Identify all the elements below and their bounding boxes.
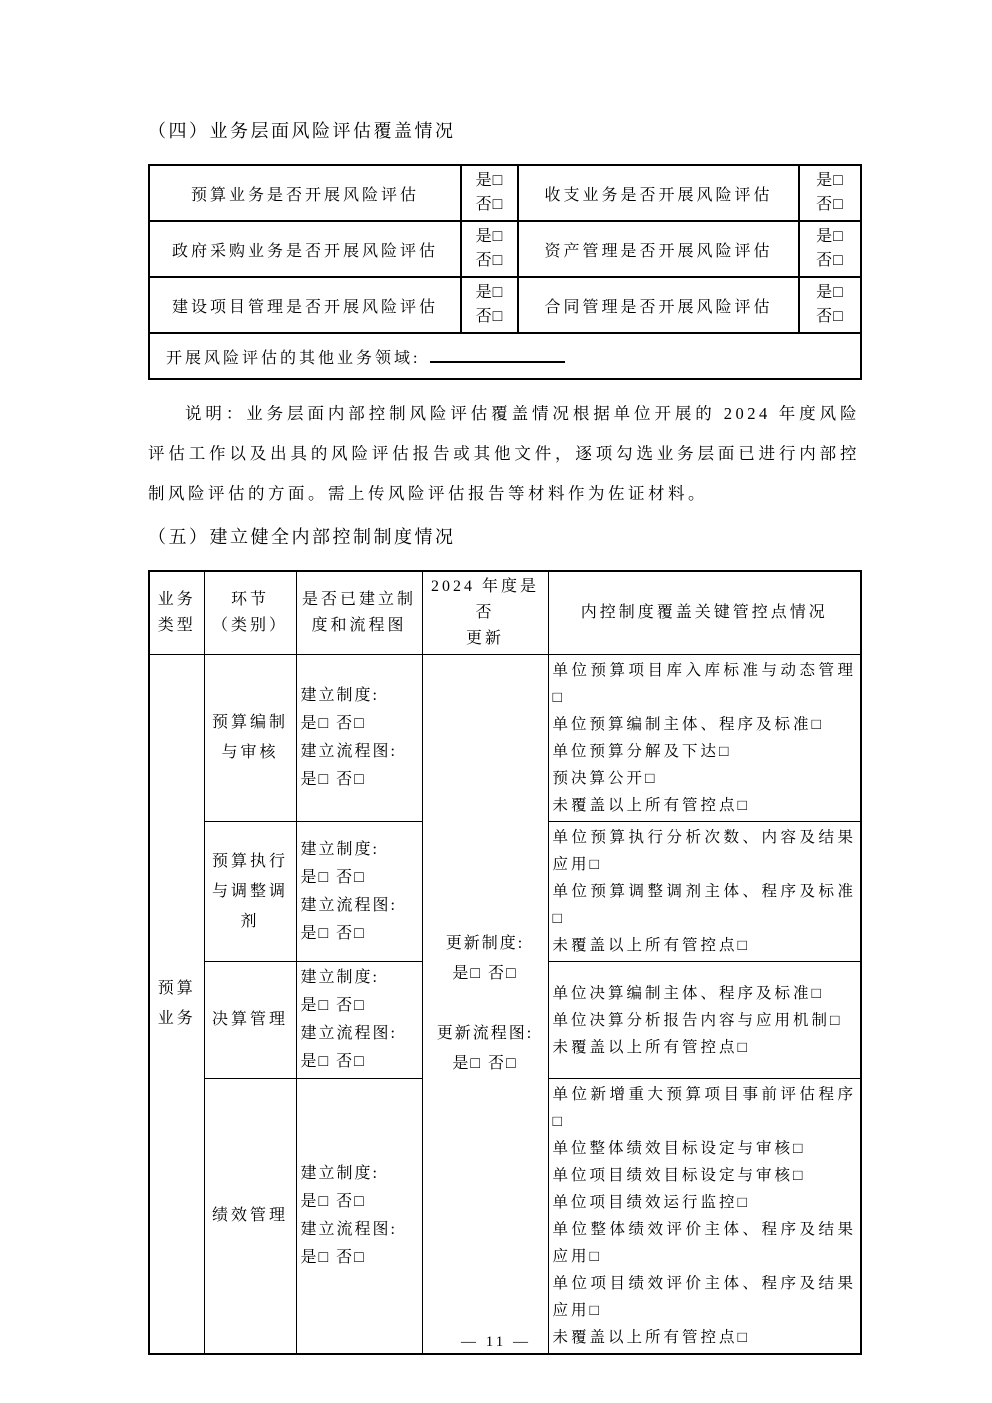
- stage-final-accounts: 决算管理: [204, 962, 296, 1079]
- other-business-fields-cell: 开展风险评估的其他业务领域:: [149, 333, 861, 379]
- system-table-header-row: 业务 类型 环节 （类别） 是否已建立制 度和流程图 2024 年度是否 更新 …: [149, 571, 861, 655]
- yes-no-checkboxes: 是□ 否□: [799, 221, 861, 277]
- question-gov-procurement: 政府采购业务是否开展风险评估: [149, 221, 461, 277]
- control-system-table: 业务 类型 环节 （类别） 是否已建立制 度和流程图 2024 年度是否 更新 …: [148, 570, 862, 1355]
- coverage-row-budget: 预算业务是否开展风险评估 是□ 否□ 收支业务是否开展风险评估 是□ 否□: [149, 165, 861, 221]
- yes-no-checkboxes: 是□ 否□: [461, 165, 518, 221]
- question-asset-management: 资产管理是否开展风险评估: [518, 221, 799, 277]
- stage-budget-preparation: 预算编制 与审核: [204, 655, 296, 822]
- yes-no-checkboxes: 是□ 否□: [461, 277, 518, 333]
- stage-budget-execution: 预算执行 与调整调 剂: [204, 822, 296, 962]
- key-points-budget-execution: 单位预算执行分析次数、内容及结果应用□ 单位预算调整调剂主体、程序及标准□ 未覆…: [548, 822, 861, 962]
- setup-checkboxes-cell: 建立制度: 是□ 否□ 建立流程图: 是□ 否□: [296, 1079, 422, 1355]
- risk-coverage-table: 预算业务是否开展风险评估 是□ 否□ 收支业务是否开展风险评估 是□ 否□ 政府…: [148, 164, 862, 380]
- yes-no-checkboxes: 是□ 否□: [799, 277, 861, 333]
- header-stage: 环节 （类别）: [204, 571, 296, 655]
- setup-checkboxes-cell: 建立制度: 是□ 否□ 建立流程图: 是□ 否□: [296, 822, 422, 962]
- header-setup: 是否已建立制 度和流程图: [296, 571, 422, 655]
- question-construction-project: 建设项目管理是否开展风险评估: [149, 277, 461, 333]
- header-update: 2024 年度是否 更新: [422, 571, 548, 655]
- key-points-final-accounts: 单位决算编制主体、程序及标准□ 单位决算分析报告内容与应用机制□ 未覆盖以上所有…: [548, 962, 861, 1079]
- coverage-row-procurement: 政府采购业务是否开展风险评估 是□ 否□ 资产管理是否开展风险评估 是□ 否□: [149, 221, 861, 277]
- coverage-row-other: 开展风险评估的其他业务领域:: [149, 333, 861, 379]
- key-points-performance: 单位新增重大预算项目事前评估程序□ 单位整体绩效目标设定与审核□ 单位项目绩效目…: [548, 1079, 861, 1355]
- section5-heading: （五）建立健全内部控制制度情况: [148, 524, 860, 550]
- coverage-row-construction: 建设项目管理是否开展风险评估 是□ 否□ 合同管理是否开展风险评估 是□ 否□: [149, 277, 861, 333]
- system-row-budget-preparation: 预算 业务 预算编制 与审核 建立制度: 是□ 否□ 建立流程图: 是□ 否□ …: [149, 655, 861, 822]
- key-points-budget-preparation: 单位预算项目库入库标准与动态管理□ 单位预算编制主体、程序及标准□ 单位预算分解…: [548, 655, 861, 822]
- update-checkboxes-cell: 更新制度: 是□ 否□ 更新流程图: 是□ 否□: [422, 655, 548, 1355]
- blank-underline: [430, 349, 565, 363]
- yes-no-checkboxes: 是□ 否□: [799, 165, 861, 221]
- page-number: — 11 —: [0, 1334, 992, 1351]
- setup-checkboxes-cell: 建立制度: 是□ 否□ 建立流程图: 是□ 否□: [296, 655, 422, 822]
- header-key-points: 内控制度覆盖关键管控点情况: [548, 571, 861, 655]
- section4-heading: （四）业务层面风险评估覆盖情况: [148, 118, 860, 144]
- setup-checkboxes-cell: 建立制度: 是□ 否□ 建立流程图: 是□ 否□: [296, 962, 422, 1079]
- question-budget-business: 预算业务是否开展风险评估: [149, 165, 461, 221]
- question-contract-management: 合同管理是否开展风险评估: [518, 277, 799, 333]
- question-revenue-expense: 收支业务是否开展风险评估: [518, 165, 799, 221]
- section4-note: 说明：业务层面内部控制风险评估覆盖情况根据单位开展的 2024 年度风险评估工作…: [148, 394, 860, 514]
- document-page: （四）业务层面风险评估覆盖情况 预算业务是否开展风险评估 是□ 否□ 收支业务是…: [0, 0, 992, 1403]
- yes-no-checkboxes: 是□ 否□: [461, 221, 518, 277]
- other-business-fields-label: 开展风险评估的其他业务领域:: [166, 350, 420, 367]
- business-type-cell: 预算 业务: [149, 655, 204, 1355]
- stage-performance: 绩效管理: [204, 1079, 296, 1355]
- header-business-type: 业务 类型: [149, 571, 204, 655]
